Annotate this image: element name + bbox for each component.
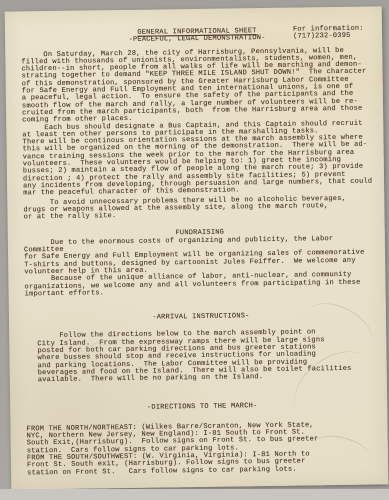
scanner-background-band xyxy=(0,489,389,500)
paragraph-from-south: FROM THE SOUTH/SOUTHWEST: (W. Virginia, … xyxy=(27,450,379,477)
paragraph-intro: On Saturday, March 28, the city of Harri… xyxy=(21,47,374,125)
paragraph-bus-captains: Each bus should designate a Bus Captain,… xyxy=(22,120,375,198)
paragraph-prohibitions: To avoid unnecessary problems there will… xyxy=(23,195,375,222)
heading-arrival-instructions: -ARRIVAL INSTRUCTIONS- xyxy=(25,310,389,324)
scanned-document-page: { "meta": { "background_color": "#a5a29d… xyxy=(0,0,389,500)
paper-sheet: GENERAL INFORMATIONAL SHEET -PEACEFUL, L… xyxy=(5,6,389,489)
paragraph-fundraising-2: Because of the unique alliance of labor,… xyxy=(24,272,376,299)
heading-directions: -DIRECTIONS TO THE MARCH- xyxy=(26,402,389,414)
paragraph-arrival: Follow the directions below to the march… xyxy=(25,329,389,385)
contact-info: For information: (717)232-0395 xyxy=(293,25,383,41)
document-header: GENERAL INFORMATIONAL SHEET -PEACEFUL, L… xyxy=(21,27,373,47)
